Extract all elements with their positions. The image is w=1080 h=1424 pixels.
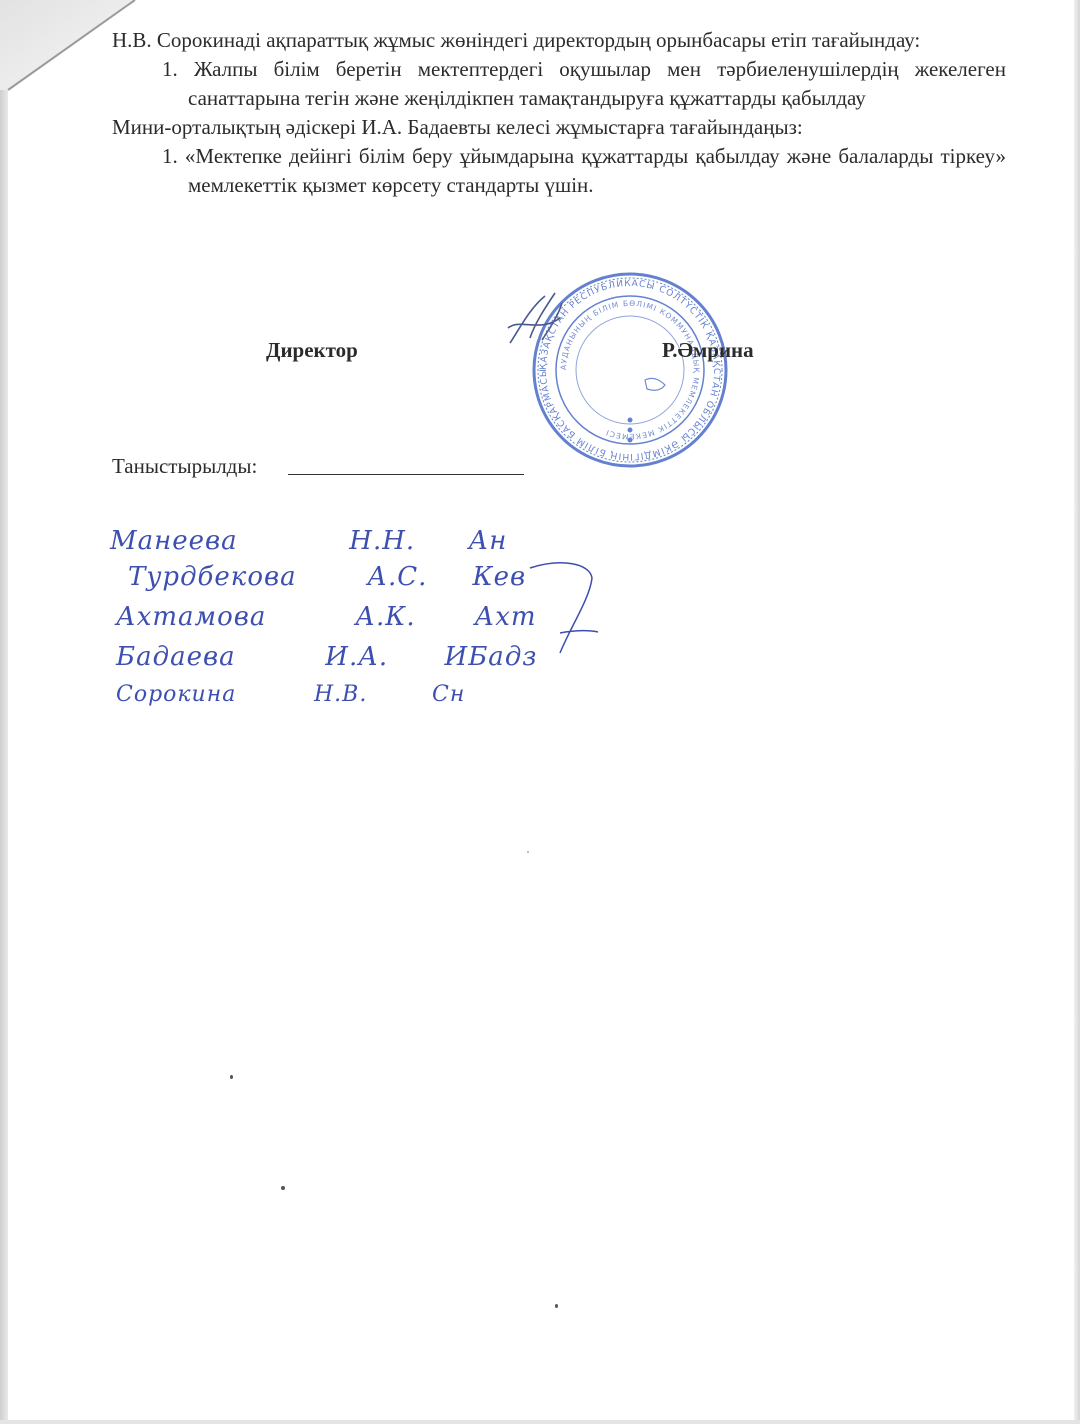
handwritten-name: Сорокина: [116, 682, 306, 707]
handwritten-name: Манеева: [110, 526, 340, 556]
director-title: Директор: [266, 338, 358, 363]
handwritten-initials: И.А.: [325, 642, 435, 672]
director-name: Р.Әмрина: [662, 338, 754, 363]
handwritten-signature: Сн: [432, 682, 465, 707]
scribble-arrow-icon: [520, 558, 600, 658]
handwritten-entry: Бадаева И.А. ИБадз: [116, 642, 537, 682]
handwritten-name: Турдбекова: [128, 562, 358, 592]
paragraph-badaeva-assignment: Мини-орталықтың әдіскері И.А. Бадаевты к…: [112, 113, 1006, 142]
handwritten-initials: Н.Н.: [349, 526, 459, 556]
list-item-preschool-standard: 1. «Мектепке дейінгі білім беру ұйымдары…: [162, 142, 1006, 200]
list-text: «Мектепке дейінгі білім беру ұйымдарына …: [185, 144, 1006, 197]
acknowledged-signature-line: [288, 474, 524, 475]
director-signature-icon: [500, 288, 600, 358]
handwritten-entry: Турдбекова А.С. Кев: [128, 562, 526, 602]
handwritten-signature: Ан: [469, 526, 508, 556]
handwritten-initials: А.К.: [355, 602, 465, 632]
list-item-meal-documents: 1. Жалпы білім беретін мектептердегі оқу…: [162, 55, 1006, 113]
scan-left-edge: [0, 0, 8, 1424]
scan-speck: [281, 1186, 285, 1190]
scan-right-edge: [1074, 0, 1080, 1424]
scan-speck: [527, 851, 529, 853]
paragraph-sorokina-appointment: Н.В. Сорокинаді ақпараттық жұмыс жөнінде…: [112, 26, 1006, 55]
list-number: 1.: [162, 57, 178, 81]
list-number: 1.: [162, 144, 178, 168]
scan-speck: [230, 1075, 233, 1079]
handwritten-entry: Ахтамова А.К. Ахт: [116, 602, 537, 642]
acknowledgement-signatures: Манеева Н.Н. Ан Турдбекова А.С. Кев Ахта…: [110, 500, 600, 740]
handwritten-name: Бадаева: [116, 642, 316, 672]
handwritten-initials: Н.В.: [314, 682, 424, 707]
scan-speck: [555, 1304, 558, 1308]
handwritten-entry: Манеева Н.Н. Ан: [110, 526, 507, 566]
document-body: Н.В. Сорокинаді ақпараттық жұмыс жөнінде…: [112, 26, 1006, 200]
handwritten-entry: Сорокина Н.В. Сн: [116, 682, 465, 722]
handwritten-name: Ахтамова: [116, 602, 346, 632]
scan-bottom-edge: [0, 1420, 1080, 1424]
handwritten-signature: Кев: [473, 562, 527, 592]
list-text: Жалпы білім беретін мектептердегі оқушыл…: [188, 57, 1006, 110]
acknowledged-label: Таныстырылды:: [112, 454, 257, 479]
handwritten-initials: А.С.: [367, 562, 463, 592]
